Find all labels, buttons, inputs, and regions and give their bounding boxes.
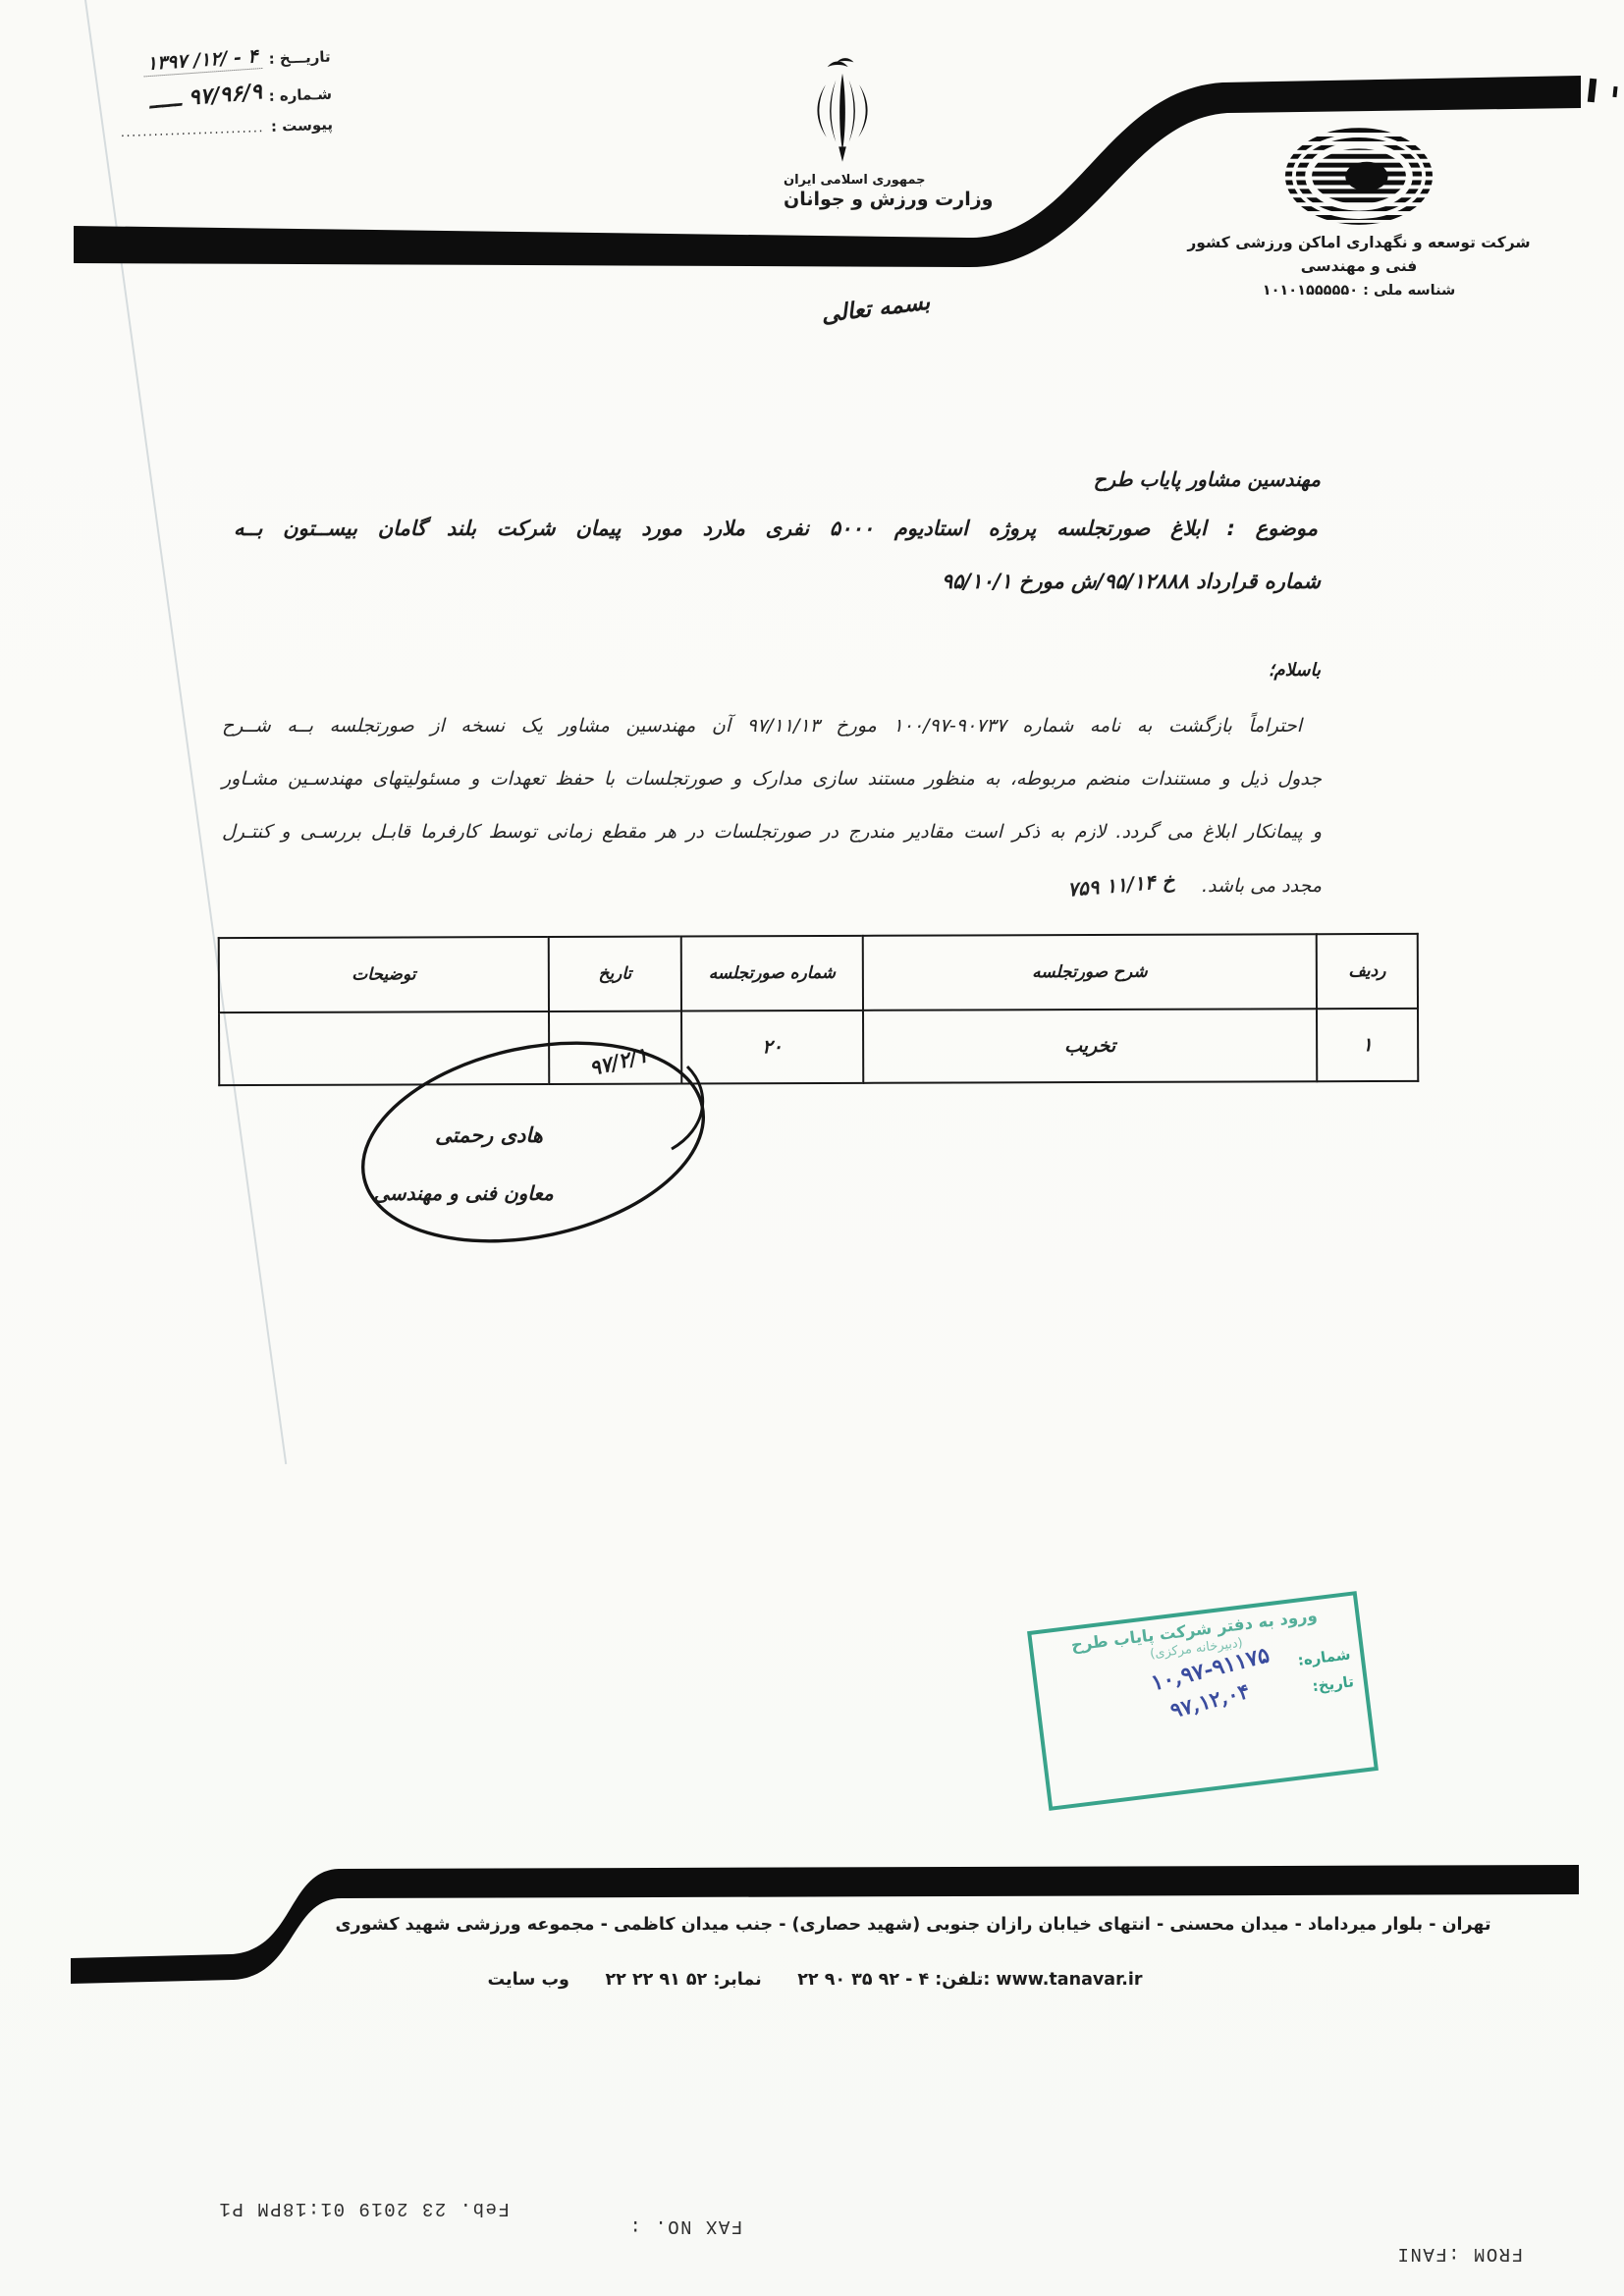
stamp-date-label: تاریخ: [1312,1672,1355,1695]
company-letterhead: شرکت توسعه و نگهداری اماکن ورزشی کشور فن… [1108,126,1610,299]
number-field: شـماره : ۹۷/۹۶/۹ ـــــ [86,80,333,114]
table-header-row: ردیف شرح صورتجلسه شماره صورتجلسه تاریخ ت… [219,934,1418,1012]
company-logo-icon [1281,126,1436,228]
col-header-description: شرح صورتجلسه [863,934,1317,1011]
national-emblem-icon [800,55,885,171]
recipient-line: مهندسین مشاور پایاب طرح [1094,467,1321,491]
body-line: مجدد می باشد. ۷۵۹ خ ۱۱/۱۴ [222,858,1322,911]
cell-row-number: ۱ [1317,1009,1418,1081]
signature-name: هادی رحمتی [401,1123,577,1147]
col-header-minutes-number: شماره صورتجلسه [681,936,863,1011]
subject-line-1: موضوع : ابلاغ صورتجلسه پروژه استادیوم ۵۰… [234,517,1318,540]
body-line-end: مجدد می باشد. [1202,875,1322,897]
body-line: جدول ذیل و مستندات منضم مربوطه، به منظور… [222,752,1322,805]
fax-timestamp: Feb. 23 2019 01:18PM P1 [218,2198,510,2219]
col-header-row-number: ردیف [1317,934,1418,1009]
subject-line-2: شماره قرارداد ۹۵/۱۲۸۸۸/ش مورخ ۹۵/۱۰/۱ [942,570,1321,593]
salutation: باسلام؛ [1269,660,1321,681]
stamp-number-label: شماره: [1297,1645,1352,1668]
reference-block: تاريـــخ : ۴ - /۱۲/ ۱۳۹۷ شـماره : ۹۷/۹۶/… [84,45,333,153]
date-label: تاريـــخ : [268,48,331,68]
attachment-dots: .......................... [120,121,264,140]
body-line: احتراماً بازگشت به نامه شماره ۹۰۷۳۷-۱۰۰/… [222,699,1322,752]
signature-oval-icon [314,1021,805,1286]
ministry-letterhead: جمهوری اسلامی ایران وزارت ورزش و جوانان [784,55,901,210]
letter-body: احتراماً بازگشت به نامه شماره ۹۰۷۳۷-۱۰۰/… [222,699,1322,911]
number-label: شـماره : [268,85,332,105]
date-handwritten-value: ۴ - /۱۲/ ۱۳۹۷ [142,45,262,77]
body-line: و پیمانکار ابلاغ می گردد. لازم به ذکر اس… [222,805,1322,858]
handwritten-margin-note: ۷۵۹ خ ۱۱/۱۴ [1064,853,1176,915]
entry-stamp: ورود به دفتر شرکت پایاب طرح (دبیرخانه مر… [1027,1591,1379,1811]
ministry-name: وزارت ورزش و جوانان [784,189,901,210]
company-name: شرکت توسعه و نگهداری اماکن ورزشی کشور [1108,234,1610,251]
company-division: فنی و مهندسی [1108,257,1610,275]
scanned-letter-page: تاريـــخ : ۴ - /۱۲/ ۱۳۹۷ شـماره : ۹۷/۹۶/… [0,0,1624,2296]
footer-contact-line: تلفن: ۴ - ۹۲ ۳۵ ۹۰ ۲۲ نمابر: ۵۲ ۹۱ ۲۲ ۲۲… [324,1970,1306,1990]
company-national-id: شناسه ملی : ۱۰۱۰۱۵۵۵۵۵۰ [1108,283,1610,299]
cell-description: تخریب [863,1009,1317,1083]
number-handwritten-value: ۹۷/۹۶/۹ ـــــ [148,79,263,114]
col-header-date: تاریخ [549,936,681,1011]
attachment-field: پيوست : .......................... [87,116,333,142]
country-name: جمهوری اسلامی ایران [784,173,901,188]
fax-from-label: FROM :FANI [1396,2243,1523,2265]
signature-title: معاون فنی و مهندسی [316,1181,611,1205]
attachment-label: پيوست : [271,116,334,136]
footer-address: تهران - بلوار میرداماد - میدان محسنی - ا… [245,1915,1581,1935]
col-header-notes: توضیحات [219,937,549,1012]
fax-number-label: FAX NO. : [628,2215,742,2237]
